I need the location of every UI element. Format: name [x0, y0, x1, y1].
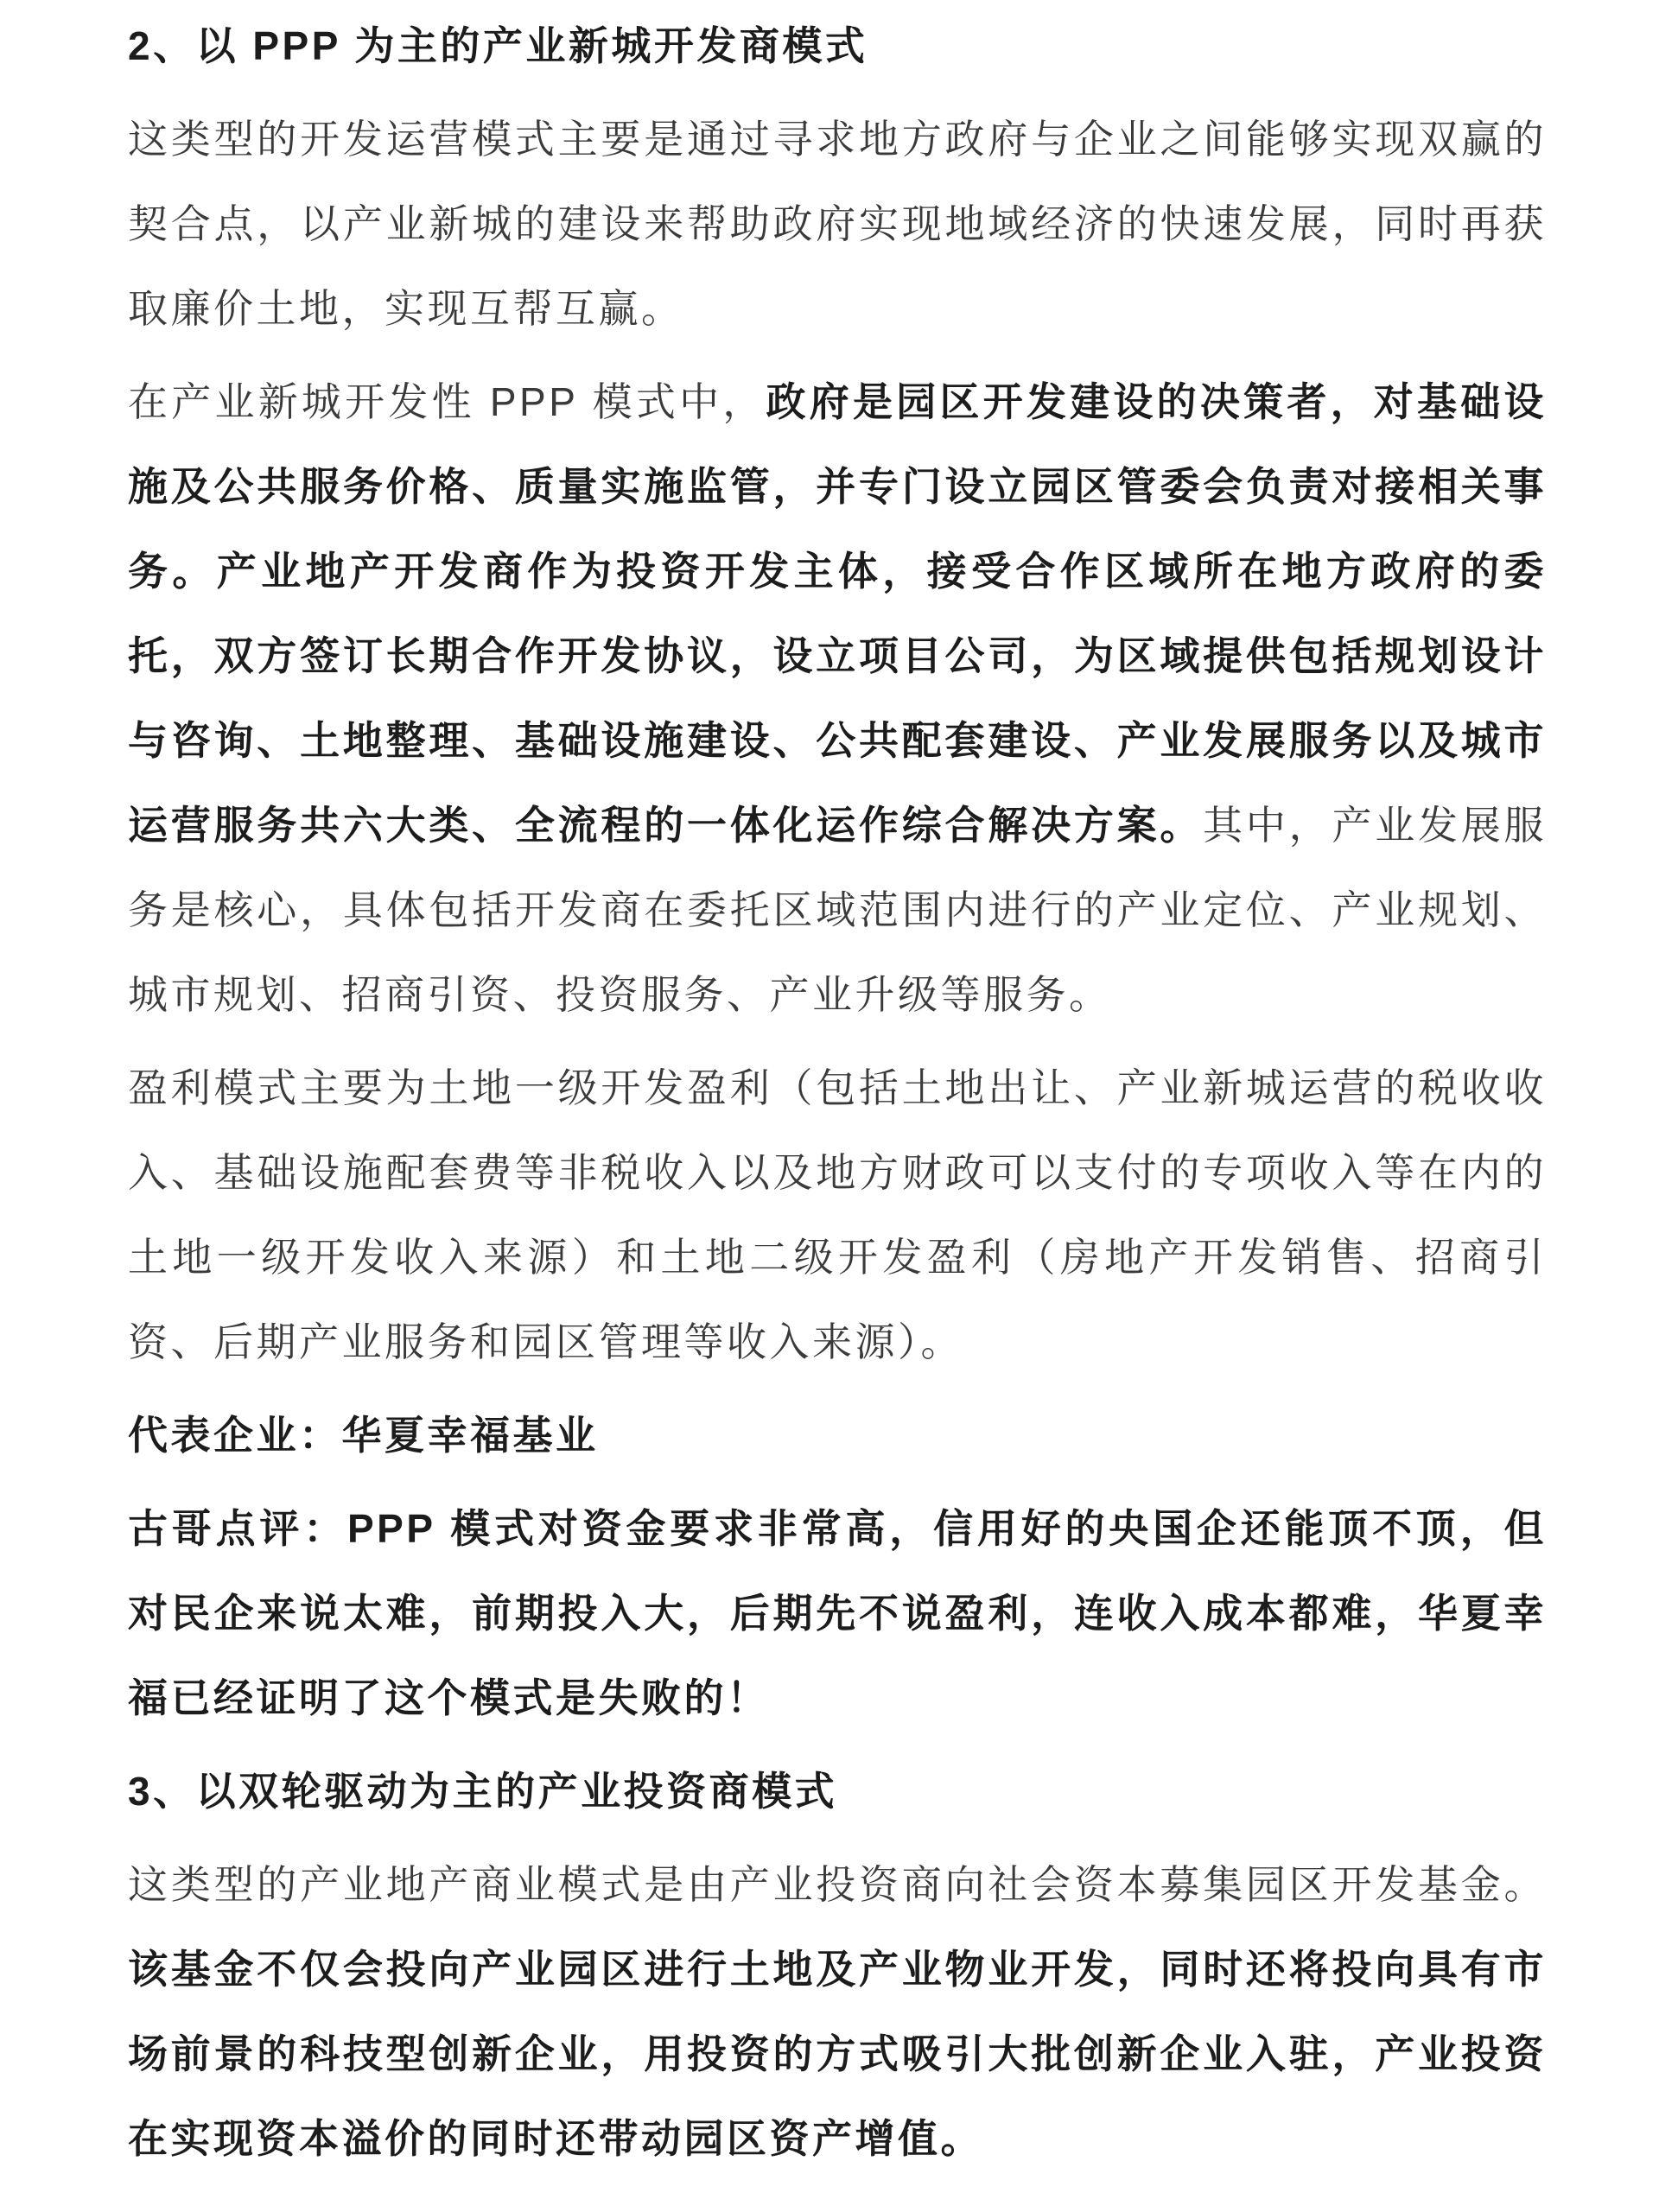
section-heading: 2、以 PPP 为主的产业新城开发商模式	[128, 3, 1547, 88]
section-heading: 3、以双轮驱动为主的产业投资商模式	[128, 1749, 1547, 1834]
document-page: 2、以 PPP 为主的产业新城开发商模式这类型的开发运营模式主要是通过寻求地方政…	[0, 0, 1659, 2212]
bold-text-run: 3、以双轮驱动为主的产业投资商模式	[128, 1769, 837, 1814]
bold-text-run: 政府是园区开发建设的决策者，对基础设施及公共服务价格、质量实施监管，并专门设立园…	[128, 379, 1547, 848]
paragraph: 盈利模式主要为土地一级开发盈利（包括土地出让、产业新城运营的税收收入、基础设施配…	[128, 1046, 1547, 1384]
bold-text-run: 代表企业：华夏幸福基业	[128, 1413, 599, 1458]
bold-text-run: 古哥点评：PPP 模式对资金要求非常高，信用好的央国企还能顶不顶，但对民企来说太…	[128, 1506, 1547, 1720]
text-run: 盈利模式主要为土地一级开发盈利（包括土地出让、产业新城运营的税收收入、基础设施配…	[128, 1065, 1547, 1364]
bold-text-run: 2、以 PPP 为主的产业新城开发商模式	[128, 23, 868, 68]
paragraph: 这类型的产业地产商业模式是由产业投资商向社会资本募集园区开发基金。该基金不仅会投…	[128, 1842, 1547, 2181]
paragraph: 在产业新城开发性 PPP 模式中，政府是园区开发建设的决策者，对基础设施及公共服…	[128, 359, 1547, 1037]
paragraph: 古哥点评：PPP 模式对资金要求非常高，信用好的央国企还能顶不顶，但对民企来说太…	[128, 1486, 1547, 1740]
text-run: 这类型的产业地产商业模式是由产业投资商向社会资本募集园区开发基金。	[128, 1862, 1547, 1907]
paragraph: 这类型的开发运营模式主要是通过寻求地方政府与企业之间能够实现双赢的契合点，以产业…	[128, 97, 1547, 351]
bold-text-run: 该基金不仅会投向产业园区进行土地及产业物业开发，同时还将投向具有市场前景的科技型…	[128, 1947, 1547, 2161]
document-body: 2、以 PPP 为主的产业新城开发商模式这类型的开发运营模式主要是通过寻求地方政…	[128, 3, 1547, 2181]
text-run: 在产业新城开发性 PPP 模式中，	[128, 379, 766, 424]
text-run: 这类型的开发运营模式主要是通过寻求地方政府与企业之间能够实现双赢的契合点，以产业…	[128, 117, 1547, 331]
paragraph: 代表企业：华夏幸福基业	[128, 1393, 1547, 1478]
